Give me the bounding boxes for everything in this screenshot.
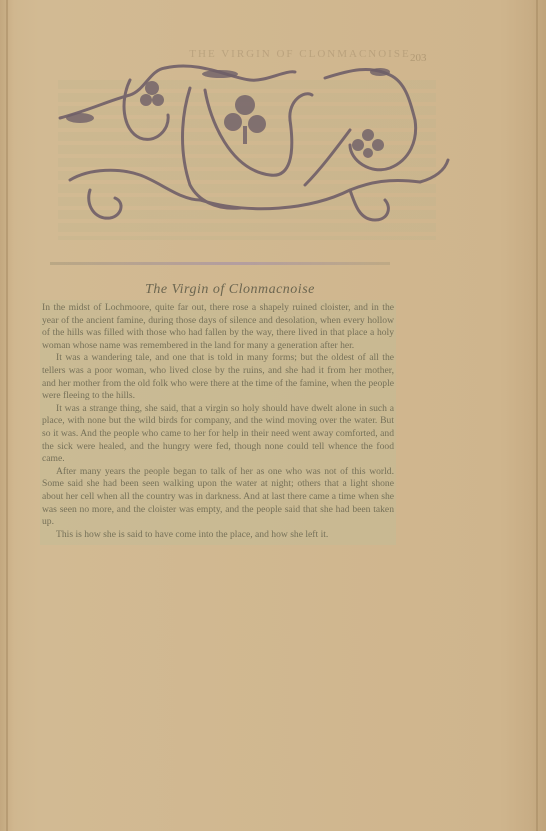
divider-rule [50, 262, 390, 265]
floral-scroll-ornament-icon [50, 60, 450, 240]
paragraph: This is how she is said to have come int… [42, 529, 394, 542]
paragraph: After many years the people began to tal… [42, 466, 394, 529]
paragraph: It was a wandering tale, and one that is… [42, 352, 394, 402]
paragraph: It was a strange thing, she said, that a… [42, 403, 394, 466]
body-text: In the midst of Lochmoore, quite far out… [40, 300, 396, 545]
chapter-title: The Virgin of Clonmacnoise [40, 282, 420, 298]
paragraph: In the midst of Lochmoore, quite far out… [42, 302, 394, 352]
page-edge-left [6, 0, 8, 831]
running-head: THE VIRGIN OF CLONMACNOISE [160, 48, 440, 60]
book-page: THE VIRGIN OF CLONMACNOISE 203 [0, 0, 546, 831]
page-edge-right [536, 0, 538, 831]
